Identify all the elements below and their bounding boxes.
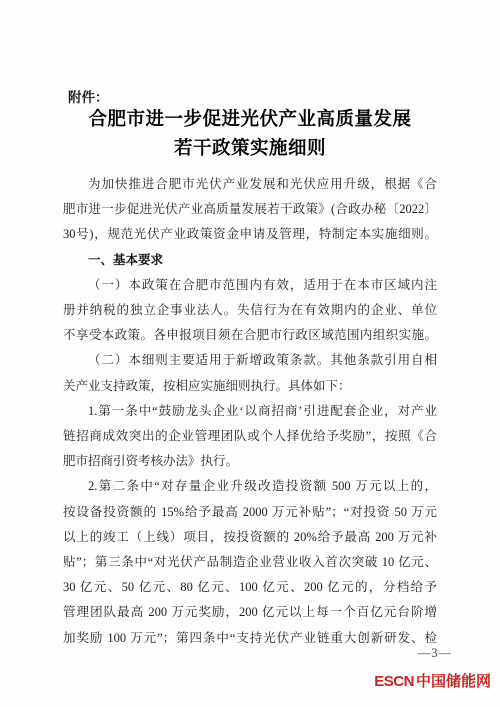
document-page: 附件： 合肥市进一步促进光伏产业高质量发展 若干政策实施细则 为加快推进合肥市光… <box>0 0 500 707</box>
logo-text-cjk: 中国储能网 <box>416 673 491 690</box>
body-line: 管理团队最高 200 万元奖励，200 亿元以上每一个百亿元台阶增 <box>63 600 437 625</box>
body-line: 30 亿元、50 亿元、80 亿元、100 亿元、200 亿元的，分档给予 <box>63 575 437 600</box>
page-number: —3— <box>418 646 452 661</box>
body-line: 以上的竣工（上线）项目，按投资额的 20%给予最高 200 万元补 <box>63 525 437 550</box>
body-line: 按设备投资额的 15%给予最高 2000 万元补贴”；“对投资 50 万元 <box>63 500 437 525</box>
body-line: 为加快推进合肥市光伏产业发展和光伏应用升级，根据《合 <box>63 172 437 197</box>
section-heading: 一、基本要求 <box>63 248 437 273</box>
body-line: 肥市招商引资考核办法》执行。 <box>63 449 437 474</box>
document-title-line-1: 合肥市进一步促进光伏产业高质量发展 <box>40 106 460 135</box>
body-line: 链招商成效突出的企业管理团队或个人择优给予奖励”，按照《合 <box>63 424 437 449</box>
body-line: 2.第二条中“对存量企业升级改造投资额 500 万元以上的， <box>63 474 437 499</box>
body-line: 册并纳税的独立企事业法人。失信行为在有效期内的企业、单位 <box>63 298 437 323</box>
document-title-line-2: 若干政策实施细则 <box>40 135 460 164</box>
document-title: 合肥市进一步促进光伏产业高质量发展 若干政策实施细则 <box>40 106 460 164</box>
publisher-logo: ESCN中国储能网 <box>374 672 491 692</box>
body-line: 贴”；第三条中“对光伏产品制造企业营业收入首次突破 10 亿元、 <box>63 550 437 575</box>
body-line: 30号)，规范光伏产业政策资金申请及管理，特制定本实施细则。 <box>63 222 437 247</box>
logo-text-latin: ESCN <box>374 673 416 690</box>
attachment-label: 附件： <box>68 86 109 106</box>
document-body: 为加快推进合肥市光伏产业发展和光伏应用升级，根据《合 肥市进一步促进光伏产业高质… <box>63 172 437 651</box>
body-line: 不享受本政策。各申报项目须在合肥市行政区域范围内组织实施。 <box>63 323 437 348</box>
body-line: （二）本细则主要适用于新增政策条款。其他条款引用自相 <box>63 348 437 373</box>
body-line: （一）本政策在合肥市范围内有效，适用于在本市区域内注 <box>63 273 437 298</box>
body-line: 加奖励 100 万元”；第四条中“支持光伏产业链重大创新研发、检 <box>63 626 437 651</box>
body-line: 1.第一条中“鼓励龙头企业‘以商招商’引进配套企业，对产业 <box>63 399 437 424</box>
body-line: 关产业支持政策，按相应实施细则执行。具体如下： <box>63 374 437 399</box>
body-line: 肥市进一步促进光伏产业高质量发展若干政策》(合政办秘〔2022〕 <box>63 197 437 222</box>
